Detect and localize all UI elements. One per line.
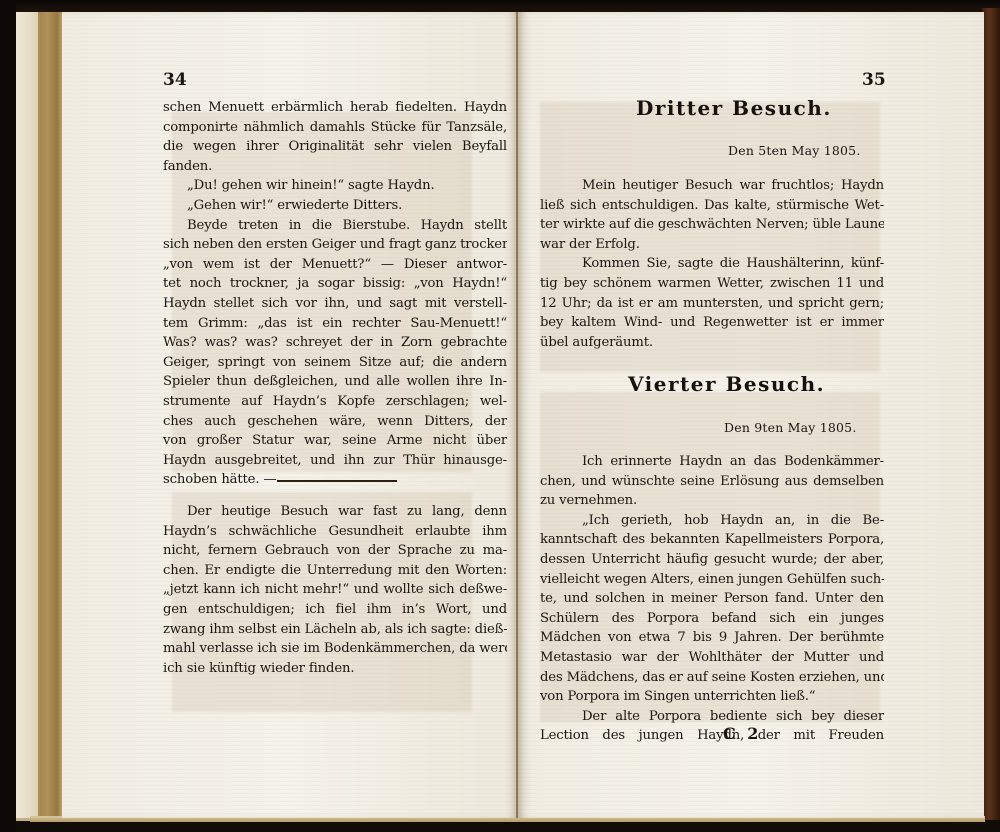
- text-line: tem Grimm: „das ist ein rechter Sau-Menu…: [163, 314, 507, 334]
- text-line: des Mädchens, das er auf seine Kosten er…: [540, 668, 884, 688]
- text-line: Kommen Sie, sagte die Haushälterinn, kün…: [540, 254, 884, 274]
- text-line: bey kaltem Wind- und Regenwetter ist er …: [540, 313, 884, 333]
- text-line: Beyde treten in die Bierstube. Haydn ste…: [163, 216, 507, 236]
- left-page-text-lower: Der heutige Besuch war fast zu lang, den…: [163, 502, 507, 678]
- text-line: Spieler thun deßgleichen, und alle wolle…: [163, 372, 507, 392]
- text-line: Ich erinnerte Haydn an das Bodenkämmer-: [540, 452, 884, 472]
- text-line: Der heutige Besuch war fast zu lang, den…: [163, 502, 507, 522]
- text-line: ches auch geschehen wäre, wenn Ditters, …: [163, 412, 507, 432]
- text-line: kanntschaft des bekannten Kapellmeisters…: [540, 530, 884, 550]
- section-divider-rule: [277, 480, 397, 482]
- text-line: strumente auf Haydn’s Kopfe zerschlagen;…: [163, 392, 507, 412]
- text-line: Geiger, springt von seinem Sitze auf; di…: [163, 353, 507, 373]
- text-line: „Ich gerieth, hob Haydn an, in die Be-: [540, 511, 884, 531]
- left-page: 34 schen Menuett erbärmlich herab fiedel…: [62, 12, 518, 818]
- right-page-text-section1: Mein heutiger Besuch war fruchtlos; Hayd…: [540, 176, 884, 352]
- text-line: „jetzt kann ich nicht mehr!“ und wollte …: [163, 580, 507, 600]
- text-line: ter wirkte auf die geschwächten Nerven; …: [540, 215, 884, 235]
- book-cover-left-edge: [0, 0, 16, 832]
- text-line: tig bey schönem warmen Wetter, zwischen …: [540, 274, 884, 294]
- text-line: tet noch trockner, ja sogar bissig: „von…: [163, 274, 507, 294]
- text-line: zu vernehmen.: [540, 491, 884, 511]
- text-line: Haydn’s schwächliche Gesundheit erlaubte…: [163, 522, 507, 542]
- right-page-text-section2: Ich erinnerte Haydn an das Bodenkämmer- …: [540, 452, 884, 746]
- text-line: Lection des jungen Haydn, der mit Freude…: [540, 726, 884, 746]
- text-line: zwang ihm selbst ein Lächeln ab, als ich…: [163, 620, 507, 640]
- page-number: 34: [163, 70, 187, 90]
- binding-stain-left: [38, 12, 62, 820]
- text-line: die wegen ihrer Originalität sehr vielen…: [163, 137, 507, 157]
- text-line: Der alte Porpora bediente sich bey diese…: [540, 707, 884, 727]
- text-line: vielleicht wegen Alters, einen jungen Ge…: [540, 570, 884, 590]
- text-line: schen Menuett erbärmlich herab fiedelten…: [163, 98, 507, 118]
- text-line: Mädchen von etwa 7 bis 9 Jahren. Der ber…: [540, 628, 884, 648]
- signature-mark: C 2: [723, 724, 761, 743]
- text-line: ließ sich entschuldigen. Das kalte, stür…: [540, 196, 884, 216]
- text-line: 12 Uhr; da ist er am muntersten, und spr…: [540, 294, 884, 314]
- text-line: nicht, fernern Gebrauch von der Sprache …: [163, 541, 507, 561]
- text-line: Schülern des Porpora befand sich ein jun…: [540, 609, 884, 629]
- text-line: von großer Statur war, seine Arme nicht …: [163, 431, 507, 451]
- book-cover-right-edge: [982, 8, 1000, 820]
- text-line: Haydn ausgebreitet, und ihn zur Thür hin…: [163, 451, 507, 471]
- section-date: Den 9ten May 1805.: [724, 420, 857, 435]
- text-line: gen entschuldigen; ich fiel ihm in’s Wor…: [163, 600, 507, 620]
- section-date: Den 5ten May 1805.: [728, 143, 861, 158]
- left-page-text-upper: schen Menuett erbärmlich herab fiedelten…: [163, 98, 507, 490]
- text-line: war der Erfolg.: [540, 235, 884, 255]
- text-line: übel aufgeräumt.: [540, 333, 884, 353]
- text-line: Mein heutiger Besuch war fruchtlos; Hayd…: [540, 176, 884, 196]
- text-line: te, und solchen in meiner Person fand. U…: [540, 589, 884, 609]
- page-stack-left: [16, 12, 40, 821]
- text-line: „Gehen wir!“ erwiederte Ditters.: [163, 196, 507, 216]
- section-heading-dritter-besuch: Dritter Besuch.: [636, 96, 832, 120]
- text-line: Metastasio war der Wohlthäter der Mutter…: [540, 648, 884, 668]
- text-line: dessen Unterricht häufig gesucht wurde; …: [540, 550, 884, 570]
- book-cover-top-edge: [0, 0, 1000, 12]
- page-number: 35: [862, 70, 886, 90]
- text-line: fanden.: [163, 157, 507, 177]
- right-page: 35 Dritter Besuch. Den 5ten May 1805. Me…: [518, 12, 984, 818]
- text-line: von Porpora im Singen unterrichten ließ.…: [540, 687, 884, 707]
- text-line: Was? was? was? schreyet der in Zorn gebr…: [163, 333, 507, 353]
- text-line: componirte nähmlich damahls Stücke für T…: [163, 118, 507, 138]
- section-heading-vierter-besuch: Vierter Besuch.: [628, 372, 825, 396]
- text-line: sich neben den ersten Geiger und fragt g…: [163, 235, 507, 255]
- text-line: mahl verlasse ich sie im Bodenkämmerchen…: [163, 639, 507, 659]
- text-line: „Du! gehen wir hinein!“ sagte Haydn.: [163, 176, 507, 196]
- text-line: Haydn stellet sich vor ihn, und sagt mit…: [163, 294, 507, 314]
- text-line: „von wem ist der Menuett?“ — Dieser antw…: [163, 255, 507, 275]
- text-line: ich sie künftig wieder finden.: [163, 659, 507, 679]
- text-line: chen, und wünschte seine Erlösung aus de…: [540, 472, 884, 492]
- text-line: chen. Er endigte die Unterredung mit den…: [163, 561, 507, 581]
